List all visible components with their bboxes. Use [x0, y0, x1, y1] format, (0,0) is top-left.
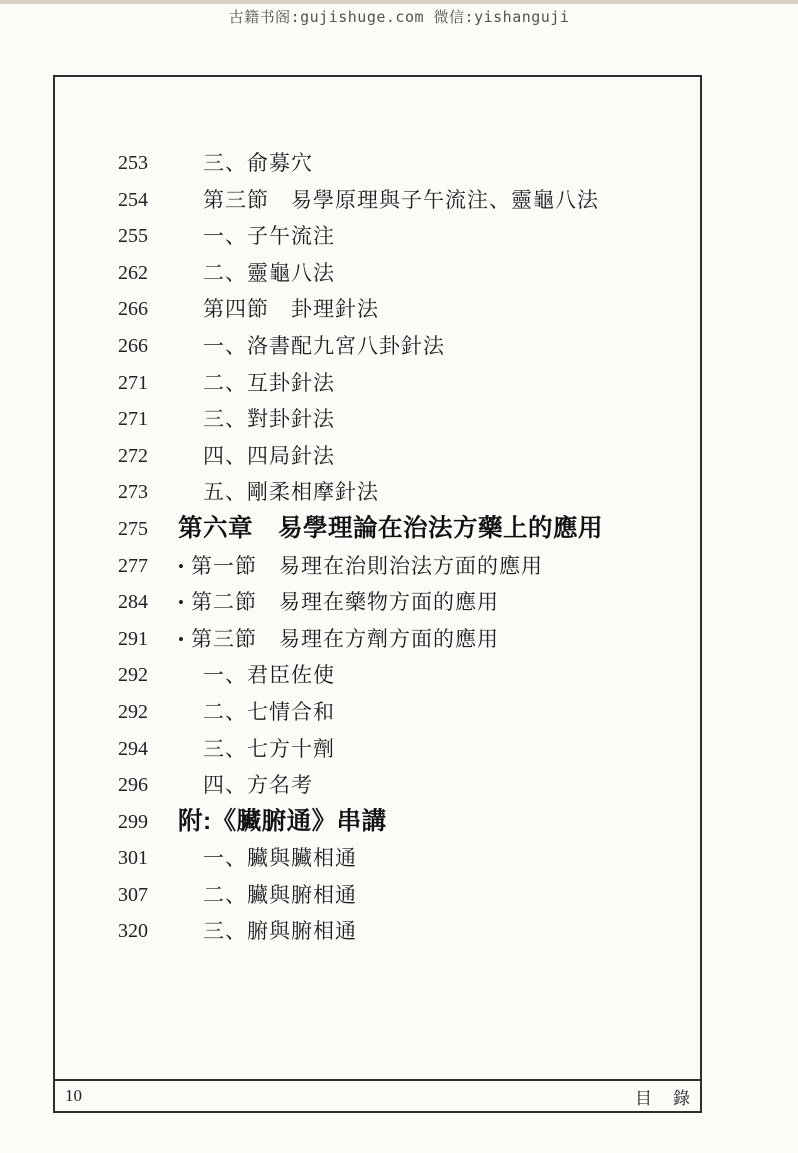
toc-entry-title-text: 第四節 卦理針法: [203, 297, 379, 321]
toc-entry-title: 二、臟與腑相通: [203, 877, 357, 914]
toc-entry: 255 一、子午流注: [55, 218, 700, 255]
toc-entry: 301 一、臟與臟相通: [55, 840, 700, 877]
toc-entry-title: 二、七情合和: [203, 694, 335, 731]
toc-entry-title-text: 四、四局針法: [203, 444, 335, 468]
toc-entry-title: •第三節 易理在方劑方面的應用: [178, 621, 499, 659]
toc-page-number: 255: [118, 218, 148, 255]
toc-entry: 294 三、七方十劑: [55, 731, 700, 768]
watermark-banner: 古籍书阁:gujishuge.com 微信:yishanguji: [0, 6, 798, 27]
toc-page-number: 299: [118, 804, 148, 841]
toc-page-number: 275: [118, 511, 148, 548]
toc-entry: 320 三、腑與腑相通: [55, 913, 700, 950]
toc-entry: 271 三、對卦針法: [55, 401, 700, 438]
toc-entry-title: 五、剛柔相摩針法: [203, 474, 379, 511]
toc-entry-title-text: 二、靈龜八法: [203, 261, 335, 285]
toc-page-number: 284: [118, 584, 148, 621]
toc-entry: 307 二、臟與腑相通: [55, 877, 700, 914]
toc-entry-title: 四、四局針法: [203, 438, 335, 475]
toc-entry-title-text: 三、對卦針法: [203, 407, 335, 431]
toc-entry-title-text: 三、腑與腑相通: [203, 919, 357, 943]
toc-page-number: 272: [118, 438, 148, 475]
bullet-icon: •: [178, 593, 185, 612]
toc-entry-title: 附:《臟腑通》串講: [178, 804, 387, 841]
toc-entry: 266 第四節 卦理針法: [55, 291, 700, 328]
toc-entry-title-text: 第一節 易理在治則治法方面的應用: [191, 554, 543, 578]
toc-page-number: 292: [118, 657, 148, 694]
toc-entry-title-text: 附:《臟腑通》串講: [178, 808, 387, 835]
toc-entry: 273 五、剛柔相摩針法: [55, 474, 700, 511]
footer-page-number: 10: [55, 1086, 82, 1106]
toc-entry-title: 二、靈龜八法: [203, 255, 335, 292]
toc-entry: 266 一、洛書配九宮八卦針法: [55, 328, 700, 365]
toc-entry: 277 •第一節 易理在治則治法方面的應用: [55, 548, 700, 585]
toc-entry: 291 •第三節 易理在方劑方面的應用: [55, 621, 700, 658]
toc-entry: 299 附:《臟腑通》串講: [55, 804, 700, 841]
page-border-frame: 253 三、俞募穴 254 第三節 易學原理與子午流注、靈龜八法 255 一、子…: [53, 75, 702, 1113]
toc-entry: 284 •第二節 易理在藥物方面的應用: [55, 584, 700, 621]
toc-entry-title: 第三節 易學原理與子午流注、靈龜八法: [203, 182, 599, 219]
toc-list: 253 三、俞募穴 254 第三節 易學原理與子午流注、靈龜八法 255 一、子…: [55, 145, 700, 950]
toc-entry-title: 一、子午流注: [203, 218, 335, 255]
toc-page-number: 273: [118, 474, 148, 511]
toc-entry-title-text: 一、洛書配九宮八卦針法: [203, 334, 445, 358]
toc-entry: 271 二、互卦針法: [55, 365, 700, 402]
toc-page-number: 301: [118, 840, 148, 877]
toc-entry-title-text: 二、互卦針法: [203, 371, 335, 395]
toc-entry: 275 第六章 易學理論在治法方藥上的應用: [55, 511, 700, 548]
scanned-page: { "banner": { "text": "古籍书阁:gujishuge.co…: [0, 0, 798, 1153]
bullet-icon: •: [178, 557, 185, 576]
toc-entry-title-text: 第二節 易理在藥物方面的應用: [191, 590, 499, 614]
top-border-strip: [0, 0, 798, 4]
toc-page-number: 296: [118, 767, 148, 804]
toc-entry-title: 三、俞募穴: [203, 145, 313, 182]
toc-entry-title: •第一節 易理在治則治法方面的應用: [178, 548, 543, 586]
toc-entry: 254 第三節 易學原理與子午流注、靈龜八法: [55, 182, 700, 219]
toc-entry-title-text: 四、方名考: [203, 773, 313, 797]
toc-page-number: 277: [118, 548, 148, 585]
toc-page-number: 266: [118, 328, 148, 365]
bullet-icon: •: [178, 630, 185, 649]
toc-page-number: 253: [118, 145, 148, 182]
toc-page-number: 254: [118, 182, 148, 219]
toc-entry-title-text: 二、臟與腑相通: [203, 883, 357, 907]
toc-entry-title-text: 第三節 易學原理與子午流注、靈龜八法: [203, 188, 599, 212]
toc-entry-title-text: 一、子午流注: [203, 224, 335, 248]
toc-entry-title: 一、臟與臟相通: [203, 840, 357, 877]
toc-entry-title-text: 第六章 易學理論在治法方藥上的應用: [178, 515, 603, 542]
toc-entry-title-text: 一、君臣佐使: [203, 663, 335, 687]
toc-page-number: 266: [118, 291, 148, 328]
page-footer: 10 目 錄: [55, 1079, 700, 1111]
toc-page-number: 271: [118, 365, 148, 402]
toc-entry-title: 第四節 卦理針法: [203, 291, 379, 328]
toc-page-number: 294: [118, 731, 148, 768]
toc-entry: 292 二、七情合和: [55, 694, 700, 731]
toc-entry: 292 一、君臣佐使: [55, 657, 700, 694]
toc-page-number: 262: [118, 255, 148, 292]
toc-entry-title-text: 第三節 易理在方劑方面的應用: [191, 627, 499, 651]
toc-entry-title-text: 一、臟與臟相通: [203, 846, 357, 870]
toc-entry-title: 一、君臣佐使: [203, 657, 335, 694]
toc-entry-title: 第六章 易學理論在治法方藥上的應用: [178, 511, 603, 548]
toc-entry-title: 三、腑與腑相通: [203, 913, 357, 950]
toc-page-number: 307: [118, 877, 148, 914]
toc-entry-title: 一、洛書配九宮八卦針法: [203, 328, 445, 365]
toc-page-number: 271: [118, 401, 148, 438]
toc-entry-title: 二、互卦針法: [203, 365, 335, 402]
toc-page-number: 320: [118, 913, 148, 950]
toc-entry-title-text: 三、俞募穴: [203, 151, 313, 175]
toc-entry-title-text: 二、七情合和: [203, 700, 335, 724]
toc-entry-title-text: 五、剛柔相摩針法: [203, 480, 379, 504]
toc-entry-title: 四、方名考: [203, 767, 313, 804]
toc-entry-title: 三、對卦針法: [203, 401, 335, 438]
toc-entry: 253 三、俞募穴: [55, 145, 700, 182]
toc-entry: 262 二、靈龜八法: [55, 255, 700, 292]
toc-page-number: 292: [118, 694, 148, 731]
toc-entry: 296 四、方名考: [55, 767, 700, 804]
footer-section-label: 目 錄: [635, 1084, 700, 1109]
toc-entry-title: 三、七方十劑: [203, 731, 335, 768]
toc-page-number: 291: [118, 621, 148, 658]
toc-entry-title-text: 三、七方十劑: [203, 737, 335, 761]
toc-entry: 272 四、四局針法: [55, 438, 700, 475]
toc-entry-title: •第二節 易理在藥物方面的應用: [178, 584, 499, 622]
